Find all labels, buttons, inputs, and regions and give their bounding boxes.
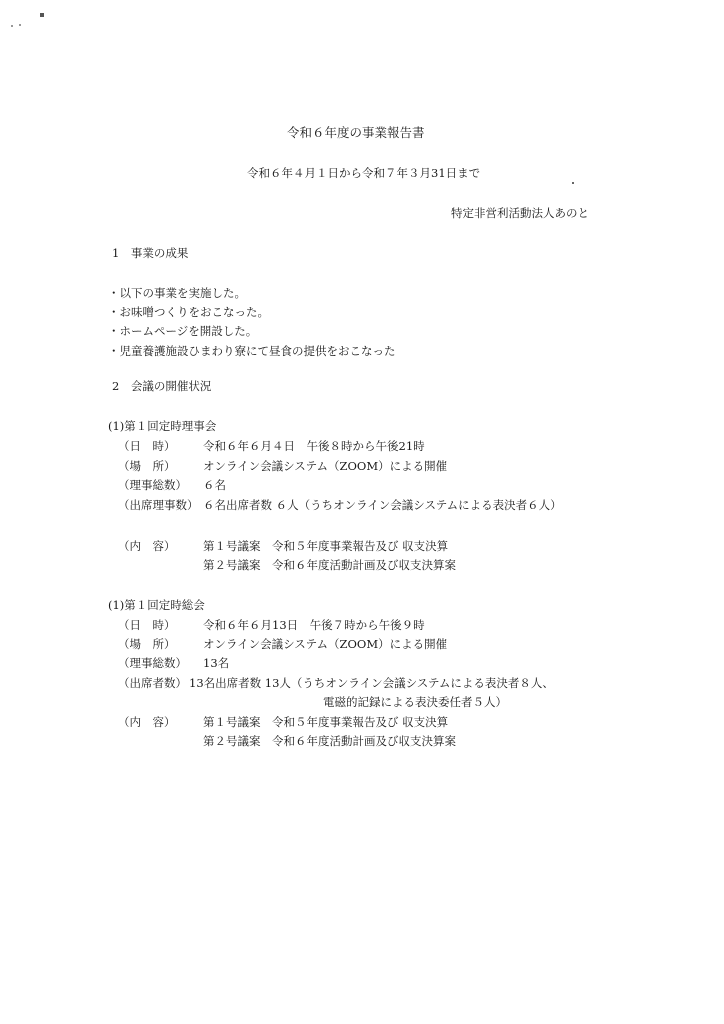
row-label-total-directors: （理事総数） xyxy=(118,656,187,670)
row-value-total-directors: 13名 xyxy=(203,656,229,670)
row-value-datetime: 令和６年６月４日 午後８時から午後21時 xyxy=(203,439,425,453)
bullet-item: ・ホームページを開設した。 xyxy=(108,324,257,338)
row-label-content: （内 容） xyxy=(118,539,176,553)
meeting-heading: (1)第１回定時理事会 xyxy=(108,419,216,433)
row-label-datetime: （日 時） xyxy=(118,618,176,632)
scan-artifact-mark xyxy=(572,182,574,184)
bullet-item: ・児童養護施設ひまわり寮にて昼食の提供をおこなった xyxy=(108,344,396,358)
row-value-attending: ６名出席者数 ６人（うちオンライン会議システムによる表決者６人） xyxy=(203,498,562,512)
agenda-item: 第１号議案 令和５年度事業報告及び 収支決算 xyxy=(203,539,448,553)
agenda-item: 第１号議案 令和５年度事業報告及び 収支決算 xyxy=(203,715,448,729)
row-value-attending-continued: 電磁的記録による表決委任者５人） xyxy=(323,695,507,709)
agenda-item: 第２号議案 令和６年度活動計画及び収支決算案 xyxy=(203,734,456,748)
row-label-total-directors: （理事総数） xyxy=(118,478,187,492)
report-period: 令和６年４月１日から令和７年３月31日まで xyxy=(247,166,480,180)
row-label-datetime: （日 時） xyxy=(118,439,176,453)
row-label-attending: （出席理事数） xyxy=(118,498,199,512)
section-heading-results: 1 事業の成果 xyxy=(112,246,188,260)
document-title: 令和６年度の事業報告書 xyxy=(287,126,425,140)
row-label-attending: （出席者数） xyxy=(118,676,187,690)
row-value-total-directors: ６名 xyxy=(203,478,226,492)
row-value-place: オンライン会議システム（ZOOM）による開催 xyxy=(203,637,447,651)
scan-artifact-mark xyxy=(11,25,13,27)
row-value-datetime: 令和６年６月13日 午後７時から午後９時 xyxy=(203,618,425,632)
row-value-attending: 13名出席者数 13人（うちオンライン会議システムによる表決者８人、 xyxy=(189,676,554,690)
row-label-place: （場 所） xyxy=(118,459,176,473)
agenda-item: 第２号議案 令和６年度活動計画及び収支決算案 xyxy=(203,558,456,572)
organization-name: 特定非営利活動法人あのと xyxy=(451,206,589,220)
scan-artifact-mark xyxy=(19,24,21,26)
bullet-item: ・以下の事業を実施した。 xyxy=(108,286,246,300)
scan-artifact-mark xyxy=(40,13,44,17)
row-value-place: オンライン会議システム（ZOOM）による開催 xyxy=(203,459,447,473)
bullet-item: ・お味噌つくりをおこなった。 xyxy=(108,305,269,319)
meeting-heading: (1)第１回定時総会 xyxy=(108,598,205,612)
row-label-place: （場 所） xyxy=(118,637,176,651)
row-label-content: （内 容） xyxy=(118,715,176,729)
section-heading-meetings: 2 会議の開催状況 xyxy=(112,379,211,393)
